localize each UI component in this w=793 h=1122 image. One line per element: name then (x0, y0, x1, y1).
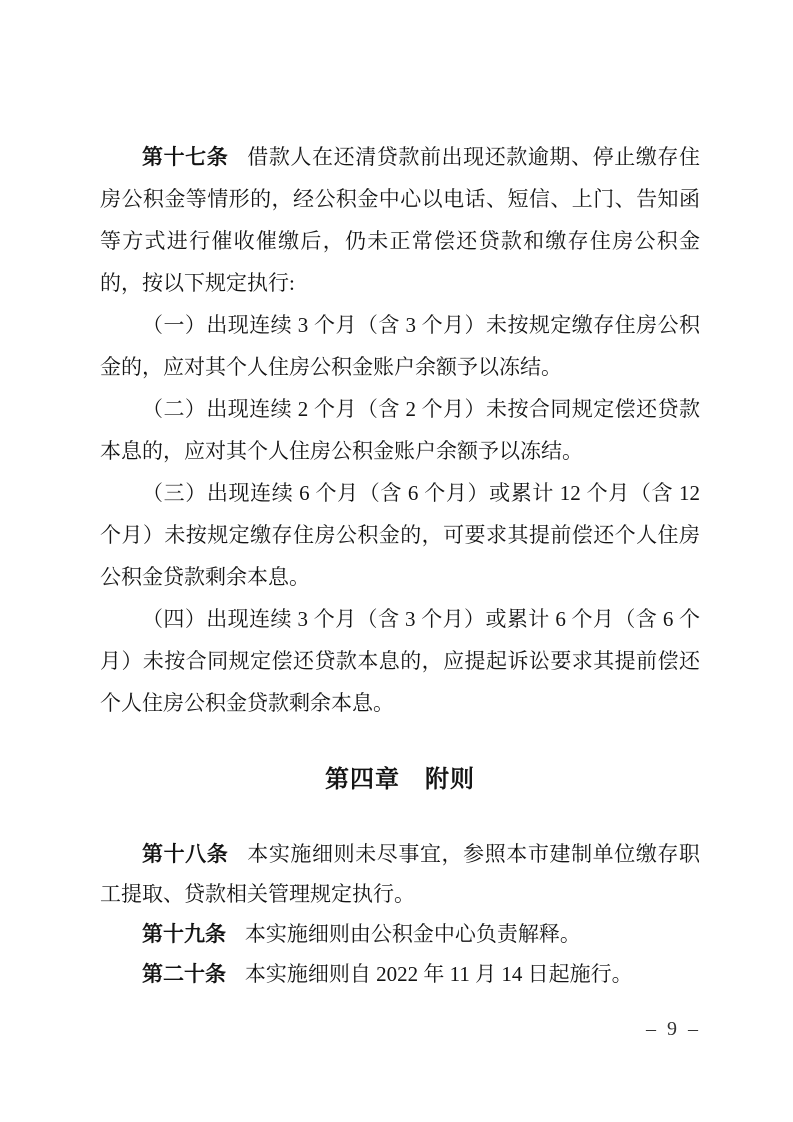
document-content: 第十七条借款人在还清贷款前出现还款逾期、停止缴存住房公积金等情形的，经公积金中心… (0, 0, 793, 994)
page-number: – 9 – (646, 1018, 698, 1041)
clause-item-3: （三）出现连续 6 个月（含 6 个月）或累计 12 个月（含 12 个月）未按… (100, 472, 700, 598)
article-19: 第十九条本实施细则由公积金中心负责解释。 (100, 914, 700, 954)
article-19-label: 第十九条 (142, 922, 226, 946)
closing-articles: 第十八条本实施细则未尽事宜，参照本市建制单位缴存职工提取、贷款相关管理规定执行。… (100, 834, 700, 994)
article-20-body: 本实施细则自 2022 年 11 月 14 日起施行。 (245, 962, 633, 986)
article-18: 第十八条本实施细则未尽事宜，参照本市建制单位缴存职工提取、贷款相关管理规定执行。 (100, 834, 700, 914)
clause-item-2: （二）出现连续 2 个月（含 2 个月）未按合同规定偿还贷款本息的，应对其个人住… (100, 388, 700, 472)
article-19-body: 本实施细则由公积金中心负责解释。 (245, 922, 581, 946)
article-18-label: 第十八条 (142, 842, 228, 866)
article-17: 第十七条借款人在还清贷款前出现还款逾期、停止缴存住房公积金等情形的，经公积金中心… (100, 136, 700, 304)
article-20-label: 第二十条 (142, 962, 226, 986)
article-20: 第二十条本实施细则自 2022 年 11 月 14 日起施行。 (100, 954, 700, 994)
chapter-heading: 第四章 附则 (100, 762, 700, 798)
clause-item-4: （四）出现连续 3 个月（含 3 个月）或累计 6 个月（含 6 个月）未按合同… (100, 598, 700, 724)
article-17-label: 第十七条 (142, 145, 228, 169)
document-page: 第十七条借款人在还清贷款前出现还款逾期、停止缴存住房公积金等情形的，经公积金中心… (0, 0, 793, 1122)
clause-item-1: （一）出现连续 3 个月（含 3 个月）未按规定缴存住房公积金的，应对其个人住房… (100, 304, 700, 388)
